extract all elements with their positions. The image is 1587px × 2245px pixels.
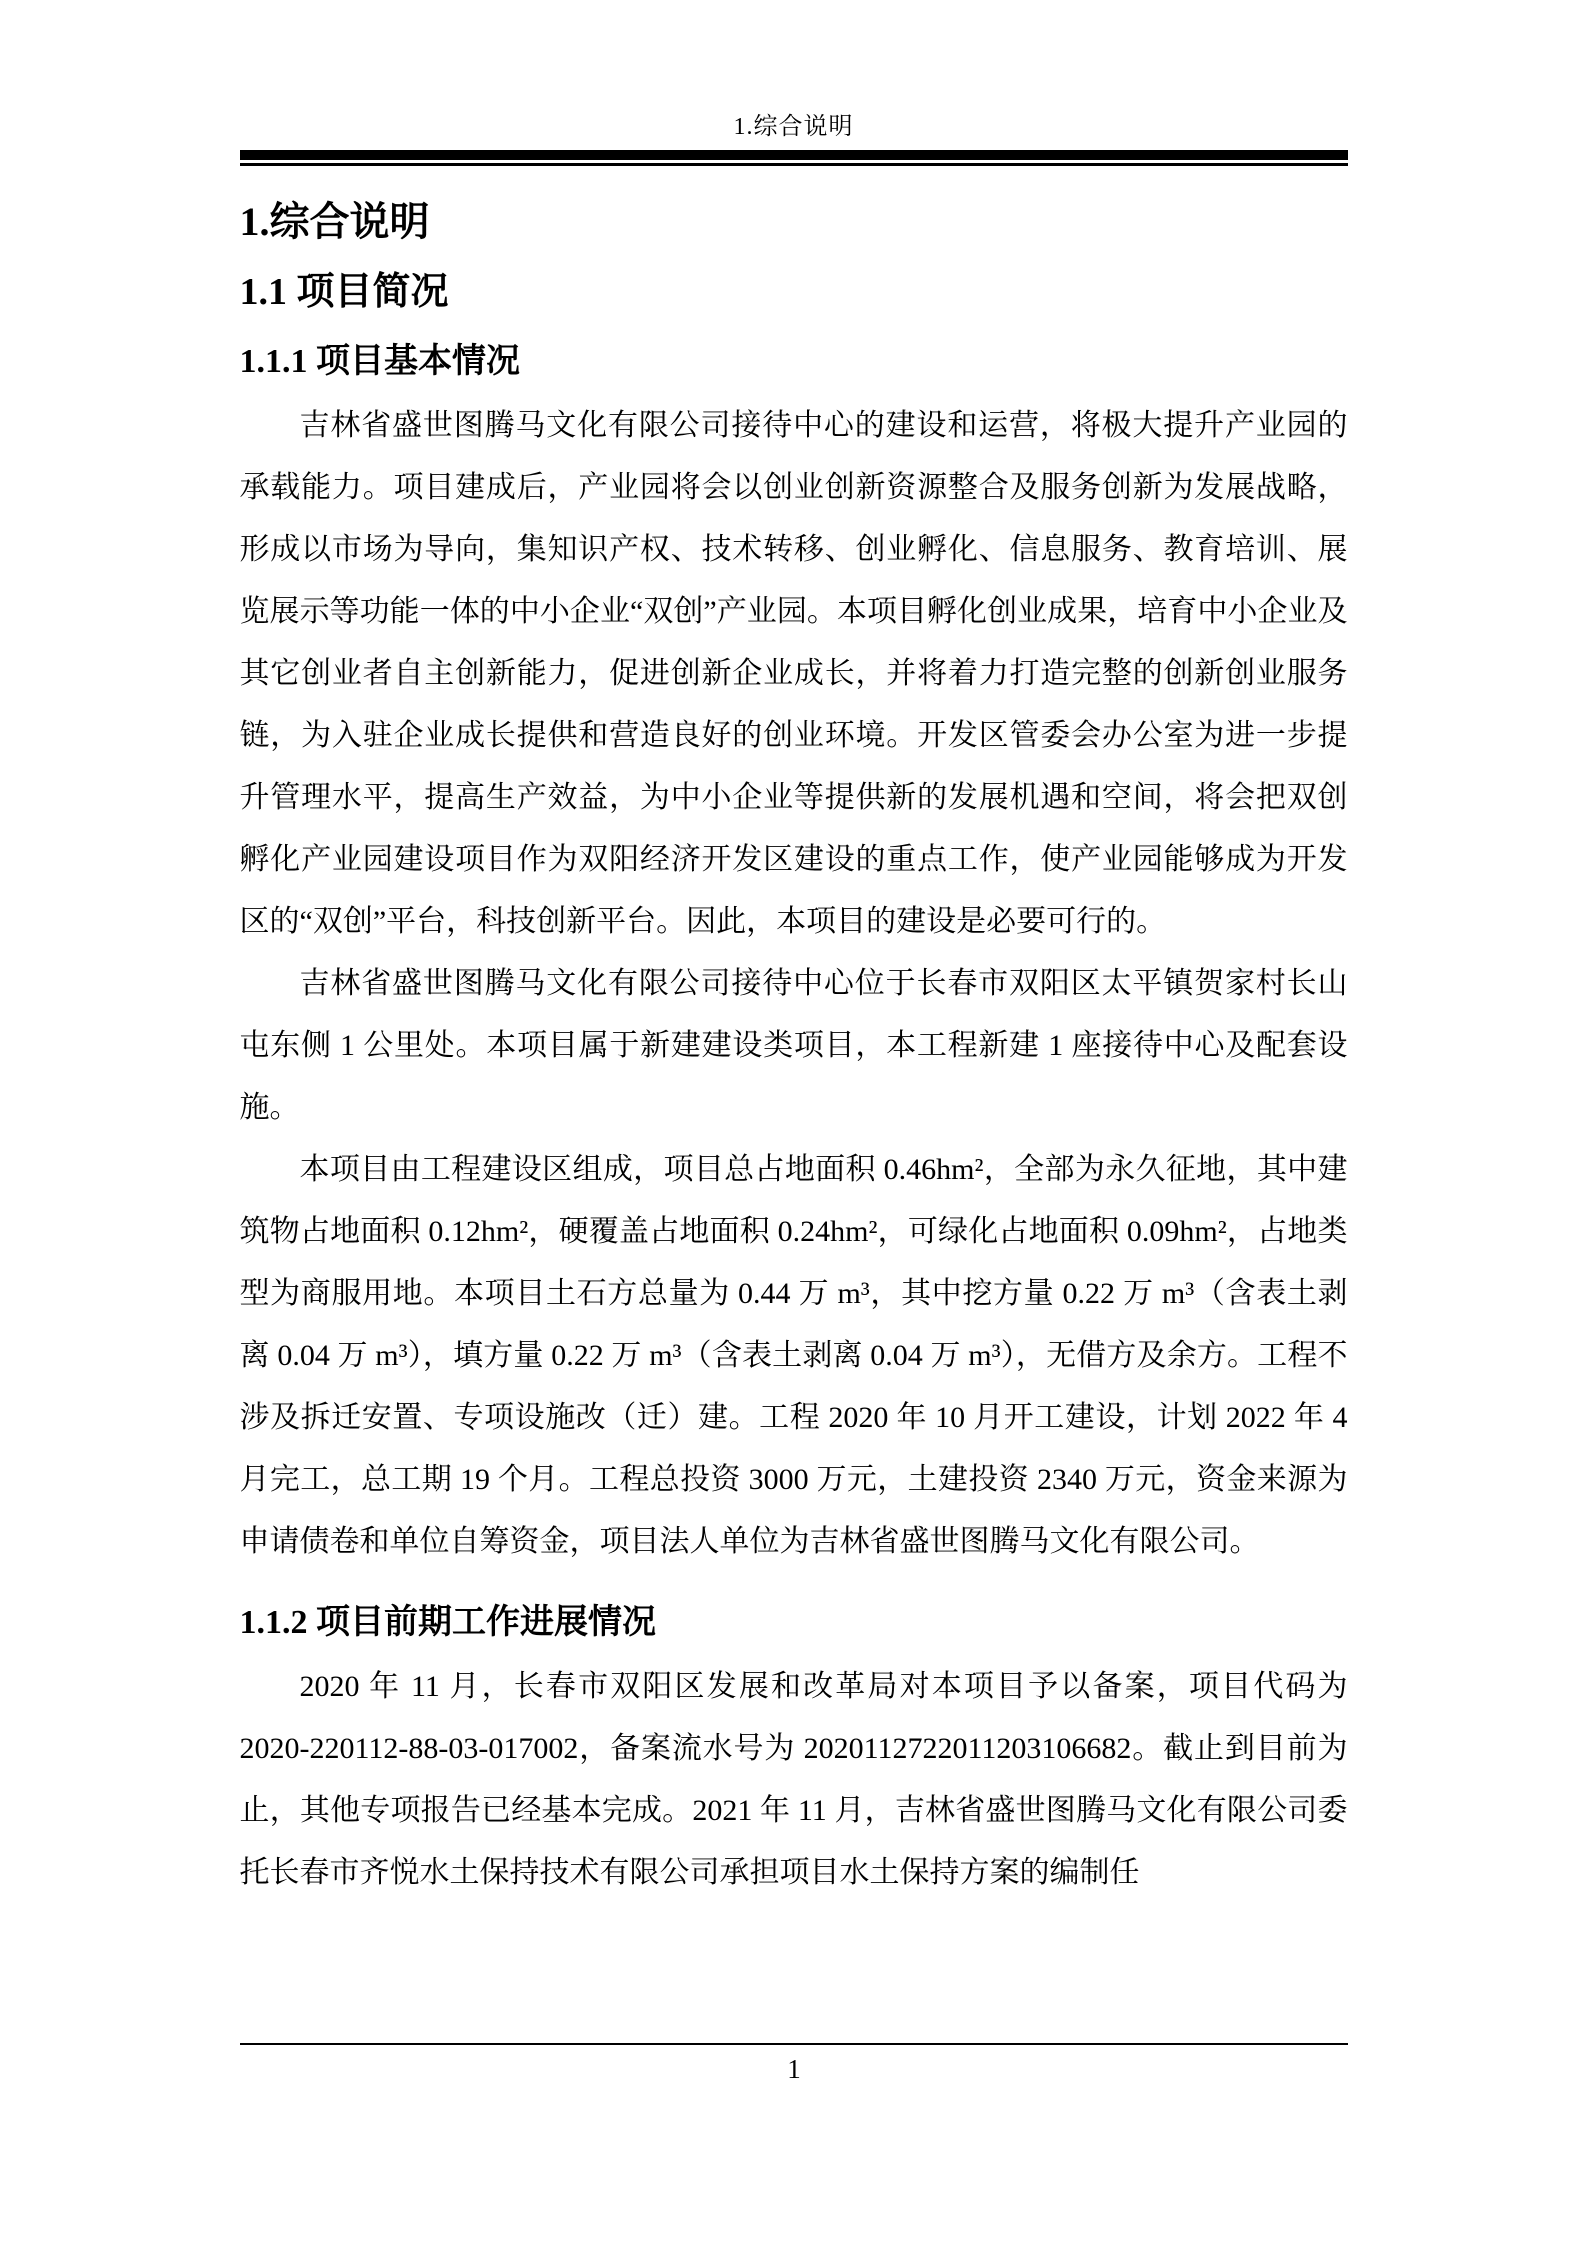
header-rule-thick [240,150,1348,160]
header-rule-thin [240,163,1348,166]
heading-1-general-description: 1.综合说明 [240,200,1348,244]
page-content: 1.综合说明 1.综合说明 1.1 项目简况 1.1.1 项目基本情况 吉林省盛… [240,112,1348,1904]
page-header-title: 1.综合说明 [240,112,1348,142]
document-page: 1.综合说明 1.综合说明 1.1 项目简况 1.1.1 项目基本情况 吉林省盛… [0,0,1587,2245]
paragraph-project-background: 吉林省盛世图腾马文化有限公司接待中心的建设和运营，将极大提升产业园的承载能力。项… [240,395,1348,953]
paragraph-preliminary-work: 2020 年 11 月，长春市双阳区发展和改革局对本项目予以备案，项目代码为 2… [240,1656,1348,1904]
page-footer: 1 [240,2043,1348,2085]
paragraph-project-location: 吉林省盛世图腾马文化有限公司接待中心位于长春市双阳区太平镇贺家村长山屯东侧 1 … [240,953,1348,1139]
heading-1-1-project-profile: 1.1 项目简况 [240,272,1348,312]
page-number: 1 [240,2053,1348,2085]
heading-1-1-1-project-basic-situation: 1.1.1 项目基本情况 [240,344,1348,380]
footer-rule [240,2043,1348,2045]
heading-1-1-2-preliminary-work-progress: 1.1.2 项目前期工作进展情况 [240,1605,1348,1641]
paragraph-project-composition: 本项目由工程建设区组成，项目总占地面积 0.46hm²，全部为永久征地，其中建筑… [240,1139,1348,1573]
